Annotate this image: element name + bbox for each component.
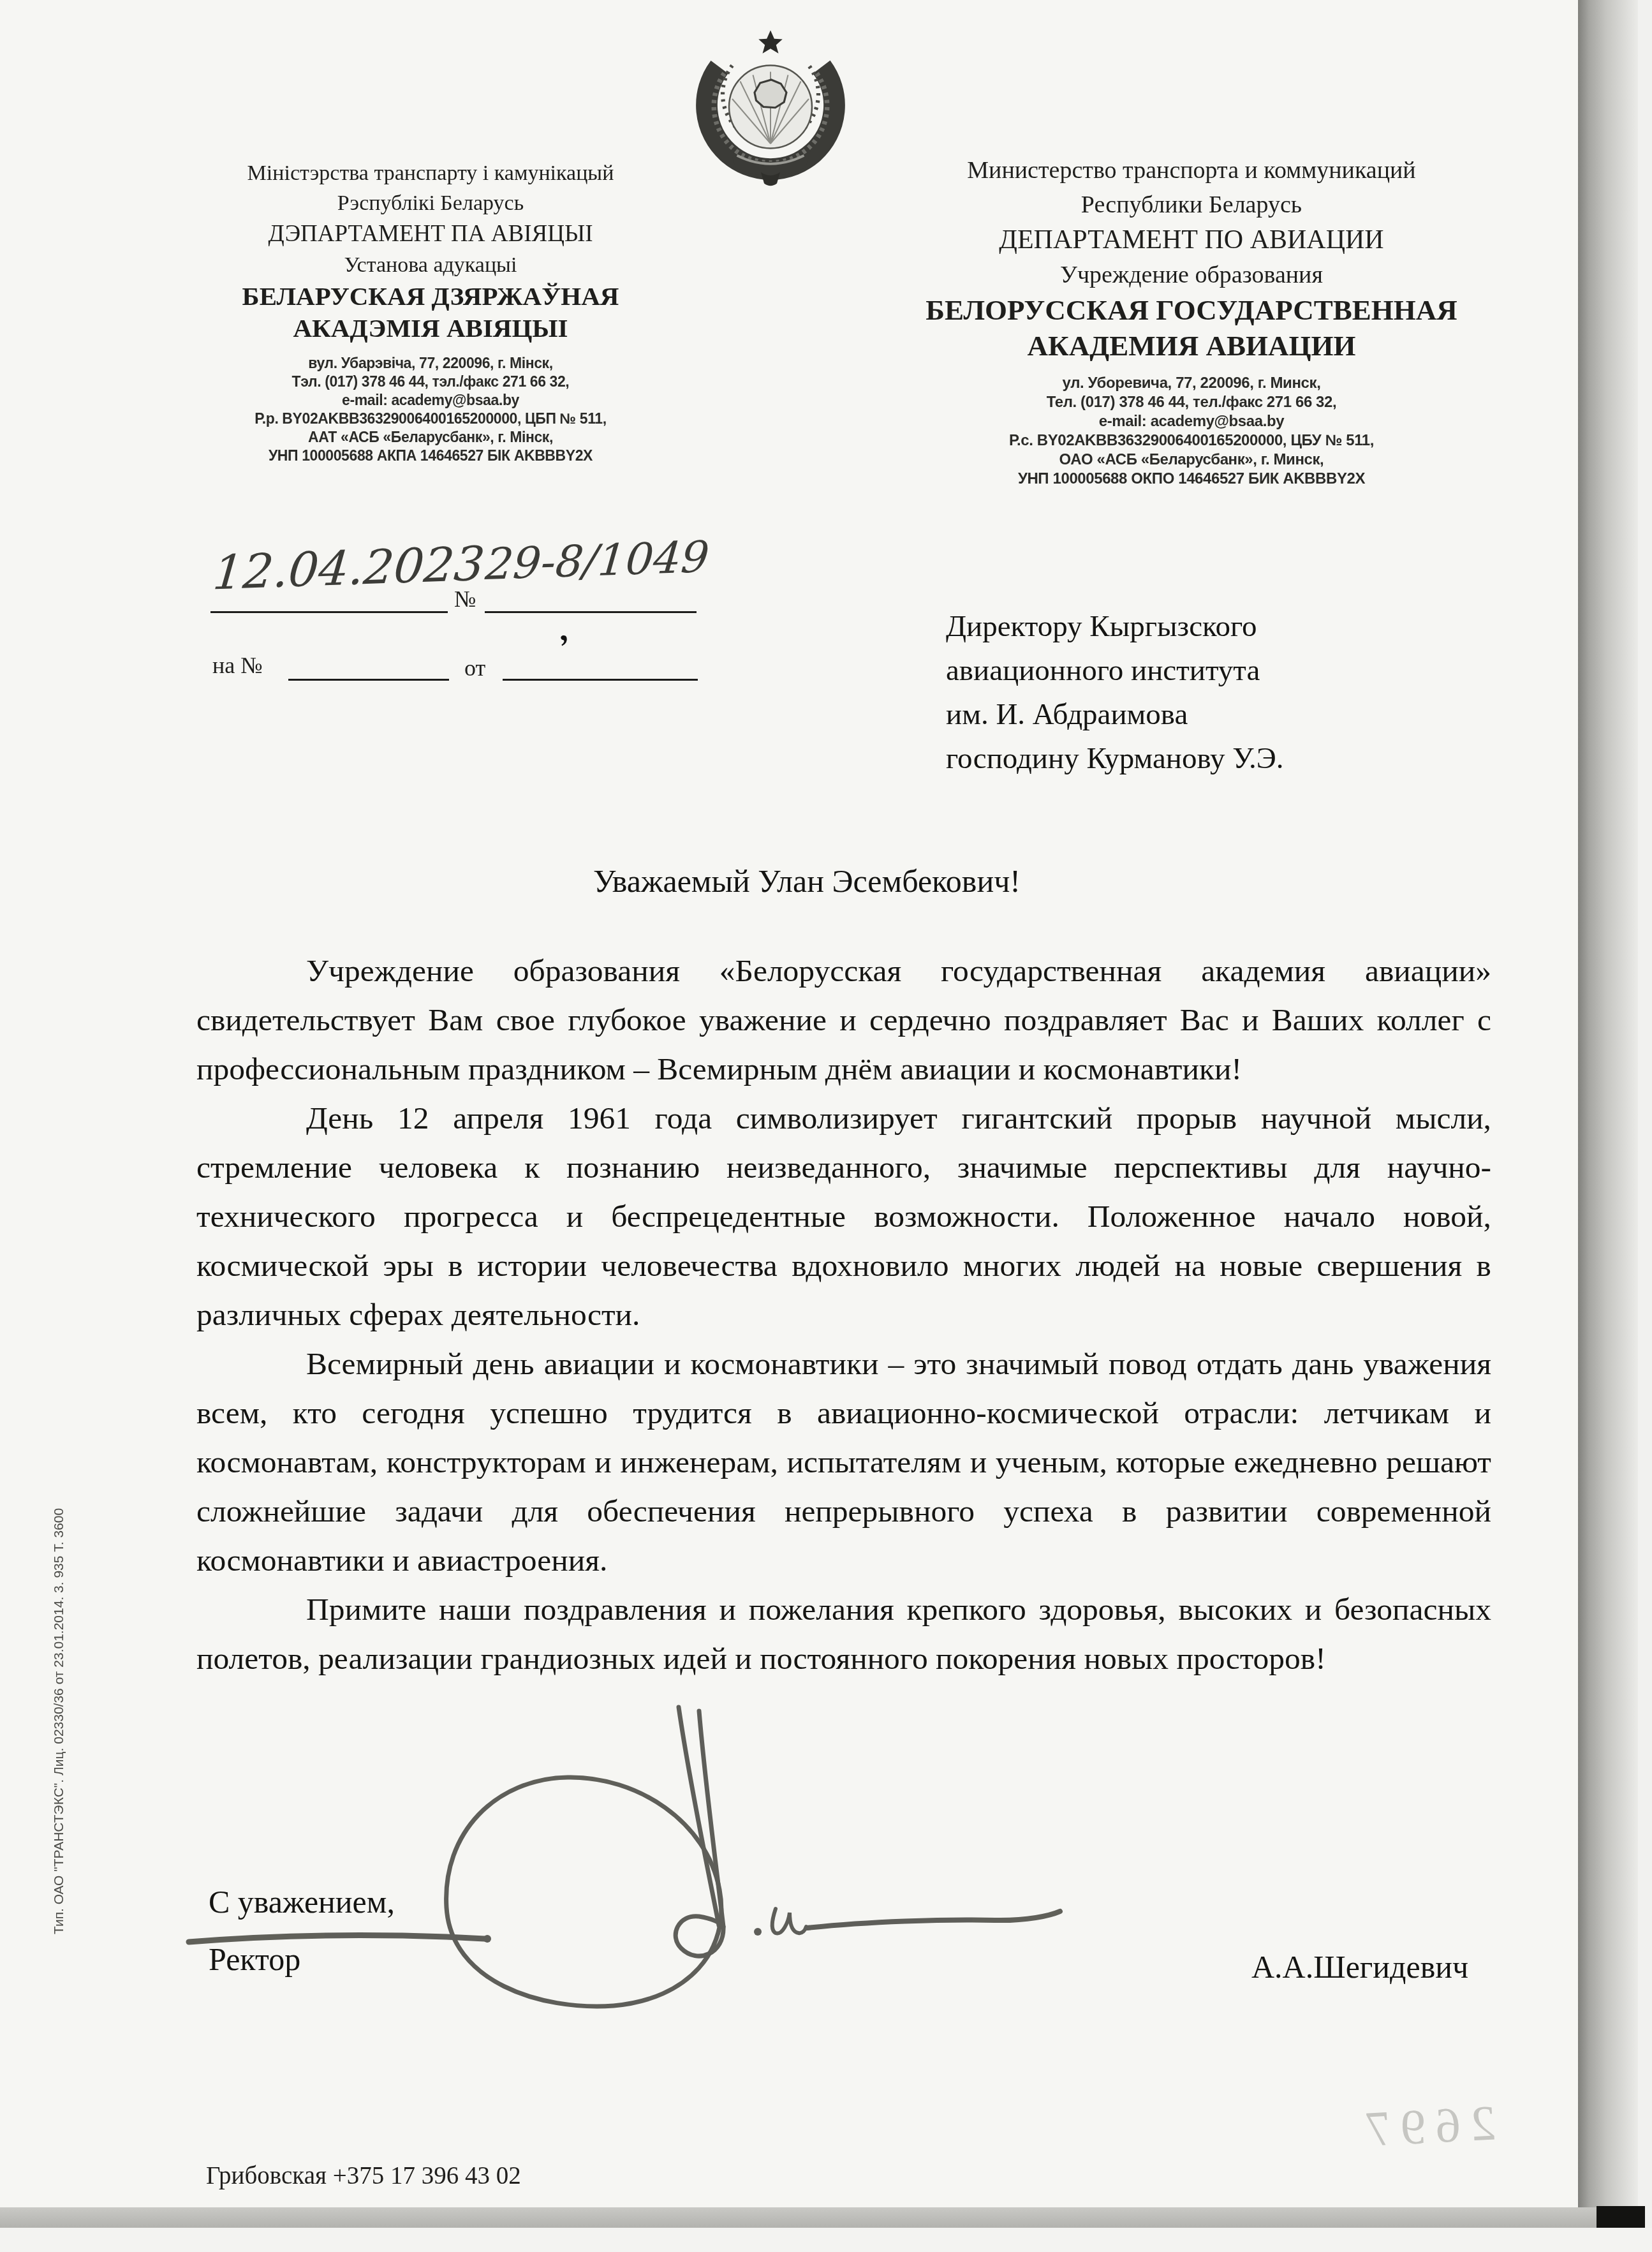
scan-edge-margin [1638,0,1652,2252]
contact-line: Р.р. BY02AKBB36329006400165200000, ЦБП №… [163,410,698,428]
letterhead-line: АКАДЭМІЯ АВІЯЦЫІ [163,312,698,344]
letterhead-line: ДЕПАРТАМЕНТ ПО АВИАЦИИ [889,222,1494,258]
closing-regards: С уважением, [209,1883,395,1920]
contact-line: ОАО «АСБ «Беларусбанк», г. Минск, [889,450,1494,470]
body-paragraph: Примите наши поздравления и пожелания кр… [196,1585,1491,1683]
letterhead-contact-left: вул. Убарэвіча, 77, 220096, г. Мінск, Тэ… [163,354,698,465]
letterhead-right: Министерство транспорта и коммуникаций Р… [889,153,1494,489]
contact-line: e-mail: academy@bsaa.by [889,412,1494,431]
reply-from-underline [503,679,698,681]
ink-blot [552,611,572,649]
body-paragraph: День 12 апреля 1961 года символизирует г… [196,1093,1491,1339]
contact-line: ул. Уборевича, 77, 220096, г. Минск, [889,374,1494,393]
number-sign-label: № [454,586,476,612]
contact-line: УНП 100005688 ОКПО 14646527 БИК AKBBBY2X [889,470,1494,489]
letterhead-line: Республики Беларусь [889,188,1494,222]
reply-number-label: на № [212,652,263,679]
star-icon [758,31,783,54]
contact-line: Тэл. (017) 378 46 44, тэл./факс 271 66 3… [163,373,698,391]
letterhead-contact-right: ул. Уборевича, 77, 220096, г. Минск, Тел… [889,374,1494,489]
addressee-line: господину Курманову У.Э. [946,737,1456,781]
addressee-line: Директору Кыргызского [946,605,1456,649]
letterhead-line: БЕЛОРУССКАЯ ГОСУДАРСТВЕННАЯ [889,292,1494,328]
salutation: Уважаемый Улан Эсембекович! [593,863,1021,900]
contact-line: Тел. (017) 378 46 44, тел./факс 271 66 3… [889,393,1494,412]
number-underline [485,611,697,613]
contact-line: Р.с. BY02AKBB36329006400165200000, ЦБУ №… [889,431,1494,450]
scan-edge-shadow [1578,0,1638,2252]
letter-body: Учреждение образования «Белорусская госу… [196,946,1491,1683]
letterhead-line: Рэспублікі Беларусь [163,188,698,218]
closing-title: Ректор [209,1941,300,1978]
contact-line: УНП 100005688 АКПА 14646527 БІК AKBBBY2X [163,447,698,465]
closing-signer-name: А.А.Шегидевич [1251,1948,1468,1985]
scan-below-edge [0,2228,1652,2252]
date-underline [210,611,448,613]
contact-line: e-mail: academy@bsaa.by [163,391,698,410]
letterhead-line: БЕЛАРУСКАЯ ДЗЯРЖАЎНАЯ [163,280,698,312]
addressee-line: авиационного института [946,649,1456,693]
contact-line: ААТ «АСБ «Беларусбанк», г. Мінск, [163,428,698,447]
addressee-block: Директору Кыргызского авиационного инсти… [946,605,1456,781]
scanned-letter-page: { "letterhead": { "emblem": "coat-of-arm… [0,0,1652,2252]
scan-bottom-edge [0,2207,1598,2228]
letterhead-line: Міністэрства транспарту і камунікацый [163,158,698,188]
addressee-line: им. И. Абдраимова [946,693,1456,737]
letterhead-line: ДЭПАРТАМЕНТ ПА АВІЯЦЫІ [163,218,698,250]
letterhead-left: Міністэрства транспарту і камунікацый Рэ… [163,158,698,465]
reply-from-label: от [464,655,485,681]
body-paragraph: Всемирный день авиации и космонавтики – … [196,1339,1491,1585]
letterhead-line: Министерство транспорта и коммуникаций [889,153,1494,188]
footer-phone: Грибовская +375 17 396 43 02 [206,2161,521,2190]
letterhead-line: АКАДЕМИЯ АВИАЦИИ [889,328,1494,364]
letterhead-line: Установа адукацыі [163,250,698,280]
contact-line: вул. Убарэвіча, 77, 220096, г. Мінск, [163,354,698,373]
handwritten-number: 29-8/1049 [483,532,711,590]
faint-stamp-number: 2697 [1354,2094,1497,2158]
scan-corner-mark [1597,2206,1645,2228]
reply-number-underline [288,679,449,681]
letterhead-line: Учреждение образования [889,258,1494,292]
body-paragraph: Учреждение образования «Белорусская госу… [196,946,1491,1093]
handwritten-date: 12.04.2023 [210,537,487,601]
coat-of-arms-belarus-icon [691,26,850,188]
